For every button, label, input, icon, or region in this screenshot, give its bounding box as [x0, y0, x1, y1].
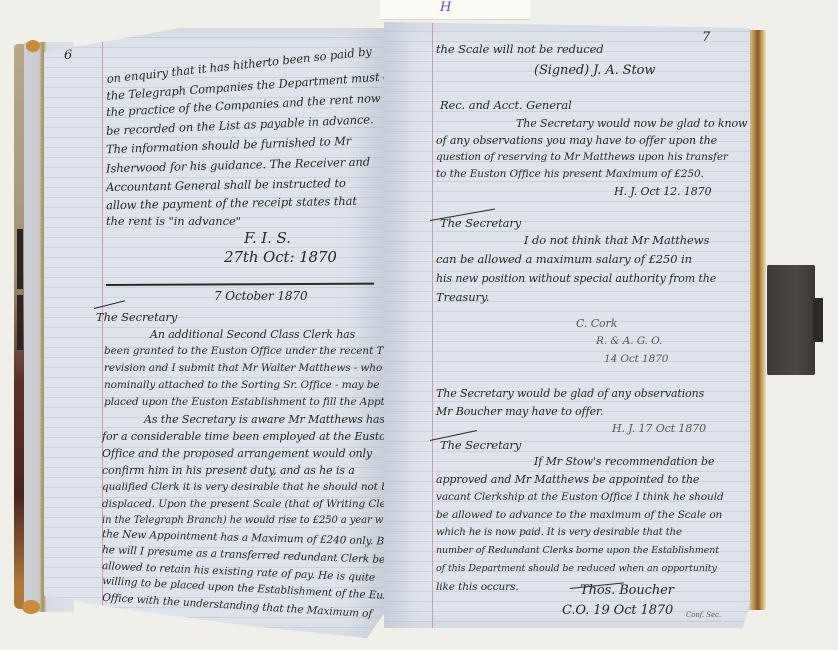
text-line: placed upon the Euston Establishment to …: [104, 397, 388, 408]
text-line: of this Department should be reduced whe…: [436, 564, 717, 574]
addressee: The Secretary: [96, 312, 177, 324]
page-number: 7: [702, 30, 710, 45]
text-line: question of reserving to Mr Matthews upo…: [436, 152, 728, 163]
worn-corner: [26, 40, 40, 52]
text-line: I do not think that Mr Matthews: [524, 235, 709, 247]
text-line: Accountant General shall be instructed t…: [106, 178, 346, 194]
signature: Thos. Boucher: [580, 584, 674, 597]
text-line: displaced. Upon the present Scale (that …: [102, 499, 397, 510]
text-line: be allowed to advance to the maximum of …: [436, 510, 722, 521]
text-line: Mr Boucher may have to offer.: [436, 406, 603, 417]
cover-tab: [17, 229, 23, 289]
left-page: 6 on enquiry that it has hitherto been s…: [44, 28, 384, 638]
text-line: revision and I submit that Mr Walter Mat…: [104, 363, 394, 374]
text-line: An additional Second Class Clerk has: [150, 329, 355, 340]
signature: C. Cork: [576, 318, 617, 329]
text-line: The Secretary would be glad of any obser…: [436, 388, 704, 399]
text-line: been granted to the Euston Office under …: [104, 346, 423, 357]
date: 14 Oct 1870: [604, 354, 668, 365]
text-line: Treasury.: [436, 292, 489, 304]
text-line: his new position without special authori…: [436, 273, 716, 284]
clasp-tab: [813, 298, 823, 342]
addressee-flourish: [94, 300, 125, 309]
ledger-photo: H 6 on enquiry that it has hitherto been…: [0, 0, 838, 650]
text-line: for a considerable time been employed at…: [102, 431, 393, 442]
section-divider: [106, 283, 374, 286]
date: 27th Oct: 1870: [224, 250, 337, 265]
text-line: like this occurs.: [436, 582, 519, 593]
signature: H. J. 17 Oct 1870: [612, 423, 706, 434]
signature-title: R. & A. G. O.: [596, 336, 662, 347]
text-line: allow the payment of the receipt states …: [106, 196, 357, 212]
text-line: The information should be furnished to M…: [106, 136, 352, 156]
addressee: The Secretary: [440, 440, 521, 452]
text-line: Isherwood for his guidance. The Receiver…: [106, 157, 370, 175]
text-line: the Scale will not be reduced: [436, 44, 604, 56]
text-line: The Secretary would now be glad to know: [516, 118, 747, 129]
text-line: vacant Clerkship at the Euston Office I …: [436, 492, 724, 503]
signature: H. J. Oct 12. 1870: [614, 186, 711, 197]
signature: (Signed) J. A. Stow: [534, 64, 655, 77]
right-page: 7 the Scale will not be reduced (Signed)…: [384, 22, 750, 628]
catchword: the: [336, 636, 352, 646]
margin-rule: [432, 22, 433, 628]
margin-note: Conf. Sec.: [686, 612, 721, 619]
text-line: Office and the proposed arrangement woul…: [102, 448, 372, 459]
paper-slip: H: [380, 0, 530, 20]
addressee: The Secretary: [440, 218, 521, 230]
clasp-icon: [767, 265, 815, 375]
date-heading: 7 October 1870: [214, 290, 308, 302]
addressee: Rec. and Acct. General: [440, 100, 572, 112]
text-line: the rent is "in advance": [106, 216, 241, 228]
text-line: nominally attached to the Sorting Sr. Of…: [104, 380, 380, 391]
text-line: which he is now paid. It is very desirab…: [436, 528, 682, 538]
text-line: to the Euston Office his present Maximum…: [436, 169, 704, 180]
cover-tab: [17, 295, 23, 350]
text-line: number of Redundant Clerks borne upon th…: [436, 546, 719, 556]
text-line: confirm him in his present duty, and as …: [102, 465, 355, 476]
text-line: As the Secretary is aware Mr Matthews ha…: [144, 414, 385, 425]
text-line: in the Telegraph Branch) he would rise t…: [102, 516, 405, 526]
text-line: can be allowed a maximum salary of £250 …: [436, 254, 692, 266]
date: C.O. 19 Oct 1870: [562, 604, 673, 617]
page-stack-right: [748, 30, 766, 610]
text-line: If Mr Stow's recommendation be: [534, 456, 714, 467]
slip-label: H: [440, 0, 455, 15]
text-line: qualified Clerk it is very desirable tha…: [102, 482, 394, 493]
worn-corner: [22, 600, 40, 614]
text-line: of any observations you may have to offe…: [436, 135, 717, 146]
signature: F. I. S.: [244, 231, 291, 246]
page-number: 6: [64, 48, 72, 63]
text-line: approved and Mr Matthews be appointed to…: [436, 474, 699, 485]
